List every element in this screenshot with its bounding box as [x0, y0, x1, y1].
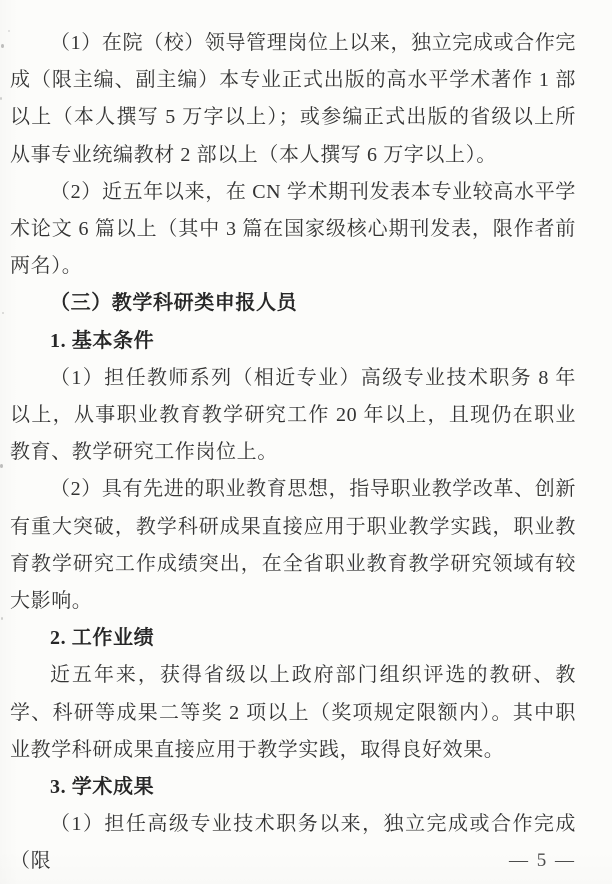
scan-speck — [0, 97, 2, 100]
scan-speck — [1, 617, 3, 620]
scan-speck — [1, 44, 4, 48]
subheading-3-academic-results: 3. 学术成果 — [10, 769, 576, 806]
scan-speck — [0, 464, 3, 468]
document-page: （1）在院（校）领导管理岗位上以来，独立完成或合作完成（限主编、副主编）本专业正… — [0, 0, 612, 884]
paragraph-2-cn-journal-papers: （2）近五年以来，在 CN 学术期刊发表本专业较高水平学术论文 6 篇以上（其中… — [10, 174, 576, 286]
subheading-2-work-achievements: 2. 工作业绩 — [10, 620, 576, 657]
paragraph-1-academic-works: （1）在院（校）领导管理岗位上以来，独立完成或合作完成（限主编、副主编）本专业正… — [10, 25, 576, 174]
paragraph-work-achievements: 近五年来，获得省级以上政府部门组织评选的教研、教学、科研等成果二等奖 2 项以上… — [10, 657, 576, 769]
subheading-1-basic-conditions: 1. 基本条件 — [10, 323, 576, 360]
document-body: （1）在院（校）领导管理岗位上以来，独立完成或合作完成（限主编、副主编）本专业正… — [10, 25, 576, 881]
section-heading-3-teaching-research-applicants: （三）教学科研类申报人员 — [10, 285, 576, 322]
scan-speck — [2, 312, 4, 314]
page-number: — 5 — — [509, 850, 576, 872]
paragraph-basic-condition-1: （1）担任教师系列（相近专业）高级专业技术职务 8 年以上，从事职业教育教学研究… — [10, 360, 576, 472]
paragraph-academic-results-1: （1）担任高级专业技术职务以来，独立完成或合作完成（限 — [10, 806, 576, 880]
paragraph-basic-condition-2: （2）具有先进的职业教育思想，指导职业教学改革、创新有重大突破，教学科研成果直接… — [10, 471, 576, 620]
